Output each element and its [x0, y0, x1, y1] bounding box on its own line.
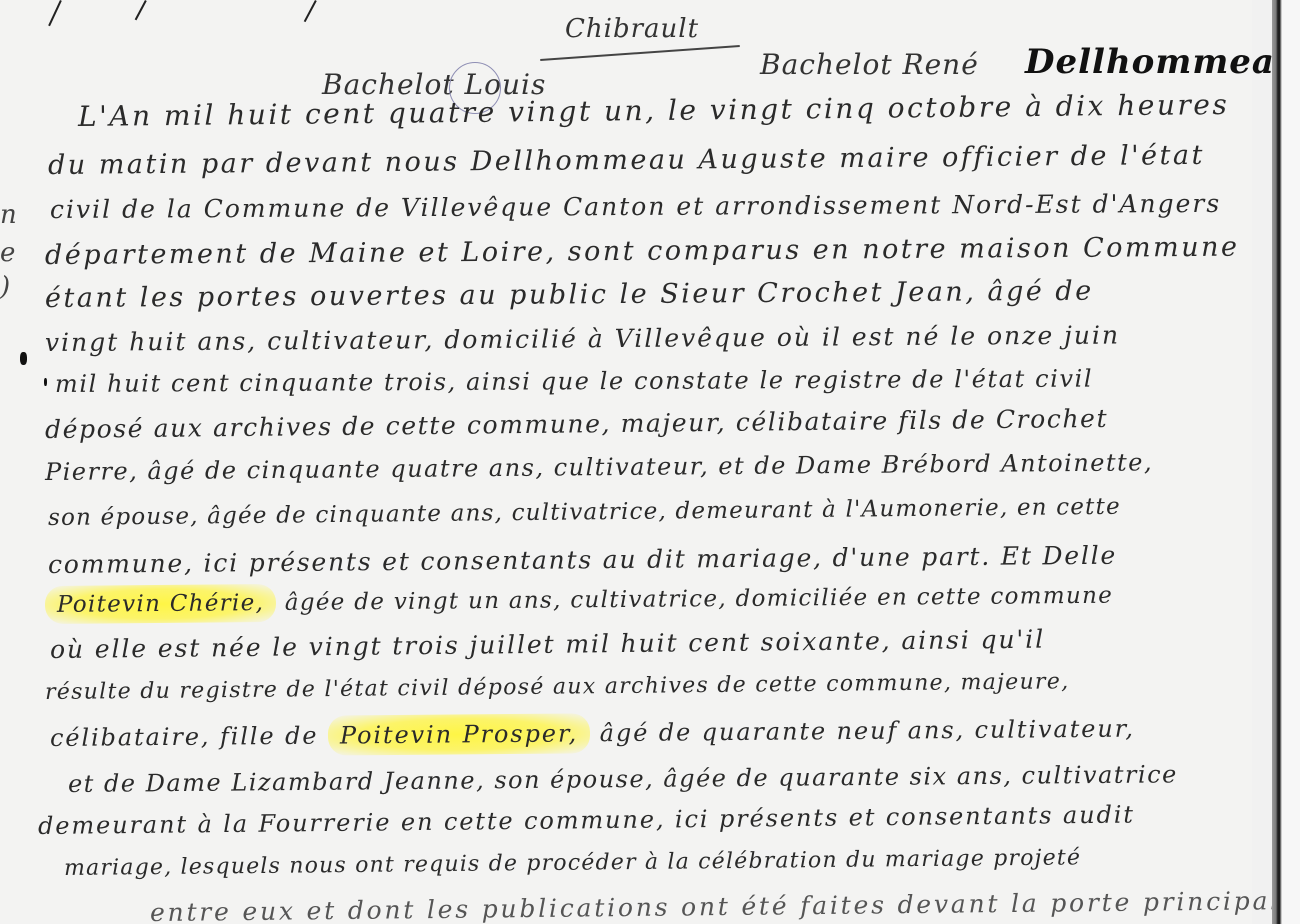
- header-name-2: Bachelot René: [760, 48, 979, 81]
- ink-stroke: [304, 0, 317, 22]
- record-line-15: et de Dame Lizambard Jeanne, son épouse,…: [68, 760, 1178, 798]
- ink-blot: [44, 378, 47, 386]
- highlighted-name-bride: Poitevin Chérie,: [45, 584, 276, 624]
- adjacent-page-edge: [1282, 0, 1300, 924]
- header-annotation: Chibrault: [565, 14, 699, 44]
- page-binding-edge: [1272, 0, 1282, 924]
- record-line-10: commune, ici présents et consentants au …: [48, 541, 1117, 579]
- record-line-13: résulte du registre de l'état civil dépo…: [45, 669, 1070, 705]
- record-line-11: Poitevin Chérie, âgée de vingt un ans, c…: [45, 583, 1113, 618]
- annotation-underline: [540, 45, 740, 61]
- record-line-6: mil huit cent cinquante trois, ainsi que…: [55, 365, 1093, 398]
- line-segment: âgée de vingt un ans, cultivatrice, domi…: [276, 583, 1113, 616]
- margin-mark: e: [0, 238, 15, 268]
- record-line-0: L'An mil huit cent quatre vingt un, le v…: [78, 88, 1230, 133]
- line-segment: célibataire, fille de: [50, 722, 328, 752]
- ink-stroke: [48, 0, 62, 26]
- record-line-17: mariage, lesquels nous ont requis de pro…: [64, 845, 1081, 881]
- margin-mark: n: [0, 200, 17, 230]
- record-line-14: célibataire, fille de Poitevin Prosper, …: [50, 715, 1135, 752]
- record-line-3: département de Maine et Loire, sont comp…: [45, 232, 1240, 271]
- record-line-16: demeurant à la Fourrerie en cette commun…: [38, 801, 1135, 840]
- record-line-4: étant les portes ouvertes au public le S…: [45, 276, 1094, 314]
- line-segment: âgé de quarante neuf ans, cultivateur,: [590, 715, 1135, 748]
- record-line-1: du matin par devant nous Dellhommeau Aug…: [48, 140, 1205, 181]
- record-line-12: où elle est née le vingt trois juillet m…: [50, 625, 1045, 664]
- record-line-2: civil de la Commune de Villevêque Canton…: [50, 189, 1221, 224]
- document-page: Chibrault Bachelot Louis Bachelot René D…: [0, 0, 1252, 924]
- margin-mark: ): [0, 272, 10, 302]
- highlighted-name-father: Poitevin Prosper,: [328, 713, 591, 755]
- record-line-9: son épouse, âgée de cinquante ans, culti…: [48, 494, 1121, 531]
- record-line-7: déposé aux archives de cette commune, ma…: [45, 404, 1108, 444]
- ink-stroke: [135, 0, 147, 20]
- ink-blot: [20, 352, 27, 365]
- record-line-5: vingt huit ans, cultivateur, domicilié à…: [45, 320, 1120, 357]
- header-name-3: Dellhommeau: [1025, 42, 1300, 82]
- record-line-18: entre eux et dont les publications ont é…: [150, 886, 1299, 924]
- record-line-8: Pierre, âgé de cinquante quatre ans, cul…: [45, 448, 1153, 486]
